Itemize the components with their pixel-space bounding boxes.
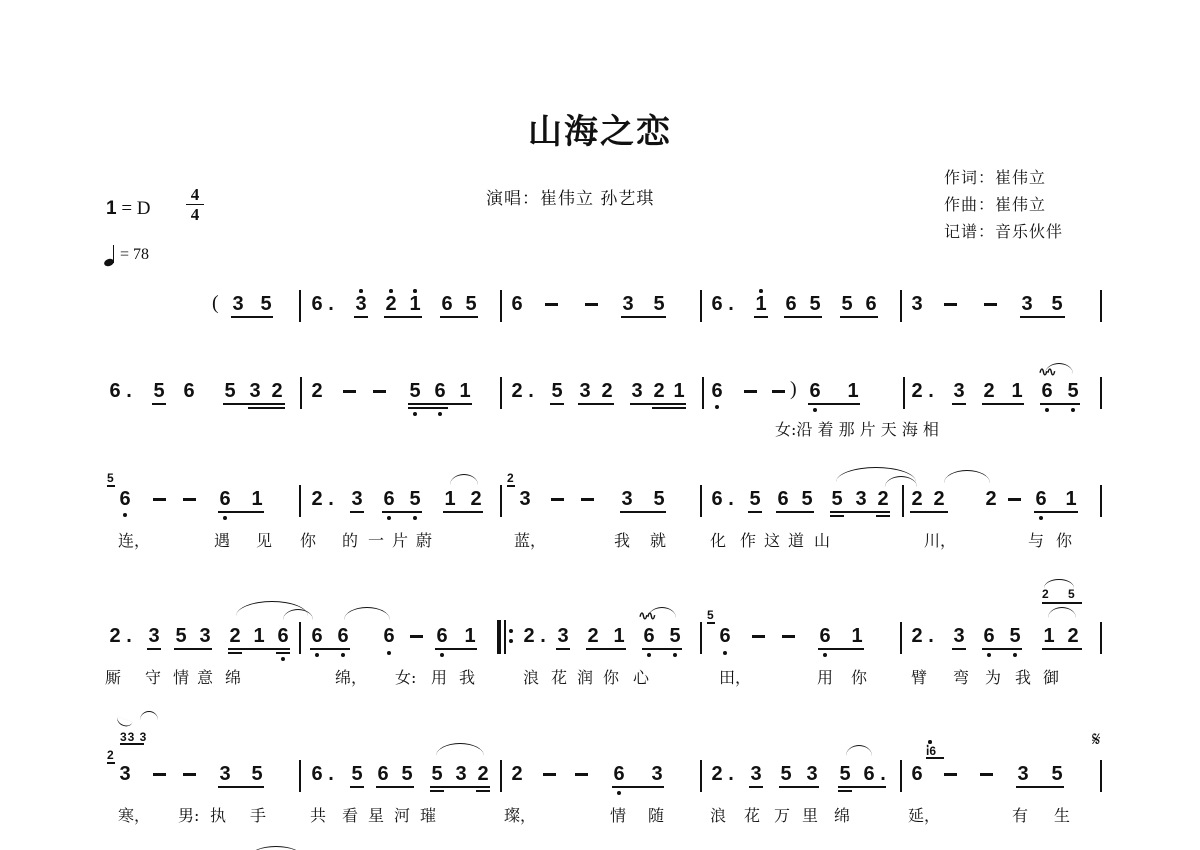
- slur: [450, 474, 478, 485]
- low-dot: [647, 653, 651, 657]
- underline: [838, 786, 886, 788]
- underline: [707, 622, 715, 624]
- low-dot: [341, 653, 345, 657]
- note: 2: [469, 489, 483, 509]
- lyrics-line-2: 女:沿 着 那 片 天 海 相: [775, 417, 939, 440]
- underline: [830, 511, 890, 513]
- low-dot: [987, 653, 991, 657]
- open-paren: (: [212, 292, 219, 315]
- note: 2: [910, 489, 924, 509]
- dash: [944, 303, 957, 306]
- note: 6: [435, 626, 449, 646]
- low-dot: [413, 412, 417, 416]
- note: 6: [182, 381, 196, 401]
- composer-credit: 作曲：崔伟立: [944, 191, 1063, 218]
- dash: [543, 773, 556, 776]
- note: 2: [984, 489, 998, 509]
- note: 5: [400, 764, 414, 784]
- dot: .: [524, 381, 538, 401]
- barline: [1100, 377, 1102, 409]
- note: 3: [805, 764, 819, 784]
- barline: [900, 622, 902, 654]
- note: 5: [259, 294, 273, 314]
- barline: [1100, 760, 1102, 792]
- lyric-word: 为: [985, 665, 1001, 688]
- dot: .: [924, 626, 938, 646]
- slur: [140, 711, 158, 720]
- lyric-word: 蔚: [416, 528, 432, 551]
- underline: [952, 648, 966, 650]
- low-dot: [281, 657, 285, 661]
- note: 6: [510, 294, 524, 314]
- dash: [153, 773, 166, 776]
- lyric-word: 寒，: [118, 803, 150, 826]
- note: 3: [749, 764, 763, 784]
- note: 6: [276, 626, 290, 646]
- slur: [283, 609, 313, 620]
- underline: [612, 786, 664, 788]
- underline: [147, 648, 161, 650]
- key-text: = D: [121, 198, 150, 219]
- underline: [408, 403, 472, 405]
- repeat-dot: [509, 639, 513, 643]
- note: 6: [376, 764, 390, 784]
- dash: [545, 303, 558, 306]
- barline: [700, 290, 702, 322]
- dot: .: [324, 764, 338, 784]
- note: 3: [454, 764, 468, 784]
- note: 5: [550, 381, 564, 401]
- note: 1: [612, 626, 626, 646]
- grace-note: 2: [507, 472, 514, 484]
- note: 3: [952, 381, 966, 401]
- note: 1: [754, 294, 768, 314]
- note: 1: [408, 294, 422, 314]
- underline-2: [430, 790, 444, 792]
- barline: [900, 760, 902, 792]
- low-dot: [438, 412, 442, 416]
- close-paren: ): [790, 378, 797, 401]
- lyric-word: 与: [1028, 528, 1044, 551]
- note: 1: [1064, 489, 1078, 509]
- dash: [980, 773, 993, 776]
- low-dot: [1013, 653, 1017, 657]
- underline: [1040, 403, 1080, 405]
- note: 6: [1040, 381, 1054, 401]
- note: 3: [910, 294, 924, 314]
- repeat-start-thin-bar: [504, 620, 506, 654]
- underline: [754, 316, 768, 318]
- lyric-word: 道: [788, 528, 804, 551]
- note: 5: [779, 764, 793, 784]
- note: 6: [808, 381, 822, 401]
- lyric-word: 见: [256, 528, 272, 551]
- underline: [926, 757, 944, 759]
- lyric-word: 延，: [908, 803, 940, 826]
- note: 3: [1016, 764, 1030, 784]
- low-dot: [440, 653, 444, 657]
- underline: [218, 511, 264, 513]
- underline: [748, 511, 762, 513]
- note: 6: [1034, 489, 1048, 509]
- note: 3: [118, 764, 132, 784]
- lyric-word: 连，: [118, 528, 150, 551]
- note: 6: [310, 764, 324, 784]
- note: 1: [672, 381, 686, 401]
- dot: .: [724, 489, 738, 509]
- note: 1: [250, 489, 264, 509]
- lyric-word: 化: [710, 528, 726, 551]
- lyric-word: 臂: [911, 665, 927, 688]
- dash: [581, 498, 594, 501]
- high-dot: [759, 289, 763, 293]
- note: 3: [218, 764, 232, 784]
- note: 5: [1008, 626, 1022, 646]
- low-dot: [387, 516, 391, 520]
- barline: [902, 485, 904, 517]
- dot: .: [724, 294, 738, 314]
- note: 5: [800, 489, 814, 509]
- slur: [1045, 363, 1073, 374]
- key-number: 1: [106, 198, 117, 219]
- barline: [299, 760, 301, 792]
- grace-notes: i̇6: [926, 745, 936, 757]
- note: 3: [231, 294, 245, 314]
- note: 3: [248, 381, 262, 401]
- note: 1: [463, 626, 477, 646]
- lyric-word: 的: [342, 528, 358, 551]
- note: 2: [600, 381, 614, 401]
- low-dot: [723, 651, 727, 655]
- note: 6: [710, 489, 724, 509]
- score-line-3: 5 6 6 1 2 . 3 6 5 1 2 2 3 3 5 6 . 5 6 5 …: [0, 484, 1200, 544]
- barline: [700, 485, 702, 517]
- note: 2: [510, 381, 524, 401]
- grace-note: 5: [107, 472, 114, 484]
- underline: [152, 403, 166, 405]
- repeat-dot: [509, 629, 513, 633]
- note: 6: [776, 489, 790, 509]
- low-dot: [387, 651, 391, 655]
- note: 1: [1010, 381, 1024, 401]
- barline: [900, 290, 902, 322]
- lyric-word: 作: [740, 528, 756, 551]
- lyric-word: 厮: [105, 665, 121, 688]
- note: 3: [354, 294, 368, 314]
- low-dot: [715, 405, 719, 409]
- underline: [384, 316, 422, 318]
- lyric-word: 手: [250, 803, 266, 826]
- score-line-5: 33 3 2 3 3 5 6 . 5 6 5 5 3 2 2 6 3 2 . 3…: [0, 759, 1200, 819]
- lyric-word: 用: [431, 665, 447, 688]
- high-dot: [928, 740, 932, 744]
- note: 3: [1020, 294, 1034, 314]
- barline: [500, 290, 502, 322]
- underline-2: [276, 652, 290, 654]
- transcriber-credit: 记谱：音乐伙伴: [944, 218, 1063, 245]
- dot: .: [324, 489, 338, 509]
- note: 6: [382, 489, 396, 509]
- underline: [223, 403, 285, 405]
- low-dot: [123, 513, 127, 517]
- high-dot: [413, 289, 417, 293]
- segno-icon: 𝄋: [1092, 727, 1101, 751]
- underline: [174, 648, 212, 650]
- underline: [350, 786, 364, 788]
- credits-block: 作词：崔伟立 作曲：崔伟立 记谱：音乐伙伴: [944, 164, 1063, 245]
- note: 3: [518, 489, 532, 509]
- dash: [183, 773, 196, 776]
- underline: [218, 786, 264, 788]
- note: 6: [440, 294, 454, 314]
- dash: [744, 390, 757, 393]
- lyric-word: 你: [300, 528, 316, 551]
- note: 2: [982, 381, 996, 401]
- note: 3: [578, 381, 592, 401]
- dash: [183, 498, 196, 501]
- note: 3: [952, 626, 966, 646]
- note: 6: [118, 489, 132, 509]
- low-dot: [413, 516, 417, 520]
- note: 3: [556, 626, 570, 646]
- note: 6: [710, 381, 724, 401]
- note: 5: [430, 764, 444, 784]
- note: 3: [621, 294, 635, 314]
- note: 2: [910, 626, 924, 646]
- slur: [436, 743, 484, 756]
- lyric-word: 遇: [214, 528, 230, 551]
- dot: .: [536, 626, 550, 646]
- lyric-word: 浪: [523, 665, 539, 688]
- note: 5: [1050, 294, 1064, 314]
- song-title: 山海之恋: [0, 104, 1200, 153]
- note: 5: [748, 489, 762, 509]
- lyric-word: 看: [342, 803, 358, 826]
- note: 5: [223, 381, 237, 401]
- note: 1: [850, 626, 864, 646]
- note: 5: [830, 489, 844, 509]
- note: 5: [408, 381, 422, 401]
- lyric-word: 情: [610, 803, 626, 826]
- barline: [700, 622, 702, 654]
- note: 2: [108, 626, 122, 646]
- underline: [228, 648, 290, 650]
- time-sig-top: 4: [186, 186, 204, 203]
- barline: [1100, 485, 1102, 517]
- note: 3: [147, 626, 161, 646]
- high-dot: [389, 289, 393, 293]
- barline: [500, 760, 502, 792]
- dash: [944, 773, 957, 776]
- lyric-word: 绵，: [335, 665, 367, 688]
- dash: [551, 498, 564, 501]
- dot: .: [122, 626, 136, 646]
- underline: [556, 648, 570, 650]
- lyric-word: 这: [764, 528, 780, 551]
- underline: [784, 316, 822, 318]
- note: 6: [864, 294, 878, 314]
- barline: [903, 377, 905, 409]
- note: 2: [522, 626, 536, 646]
- note: 2: [310, 381, 324, 401]
- underline: [910, 511, 948, 513]
- underline: [550, 403, 564, 405]
- note: 5: [350, 764, 364, 784]
- lyric-word: 心: [633, 665, 649, 688]
- dash: [772, 390, 785, 393]
- high-dot: [359, 289, 363, 293]
- lyric-word: 情: [173, 665, 189, 688]
- dash: [575, 773, 588, 776]
- note: 5: [464, 294, 478, 314]
- note: 6: [382, 626, 396, 646]
- note: 5: [1050, 764, 1064, 784]
- lyric-word: 我: [1015, 665, 1031, 688]
- underline: [982, 403, 1024, 405]
- dash: [1008, 498, 1021, 501]
- note: 1: [458, 381, 472, 401]
- low-dot: [1071, 408, 1075, 412]
- underline-2: [838, 790, 852, 792]
- underline-2: [830, 515, 844, 517]
- note: 5: [152, 381, 166, 401]
- note: 2: [476, 764, 490, 784]
- note: 5: [250, 764, 264, 784]
- underline: [107, 762, 115, 764]
- underline: [440, 316, 478, 318]
- note: 6: [862, 764, 876, 784]
- underline: [642, 648, 682, 650]
- lyric-word: 你: [603, 665, 619, 688]
- note: 1: [252, 626, 266, 646]
- quarter-note-icon: [104, 244, 116, 266]
- dot: .: [876, 764, 890, 784]
- barline: [300, 377, 302, 409]
- barline: [299, 290, 301, 322]
- note: 5: [668, 626, 682, 646]
- note: 2: [228, 626, 242, 646]
- lyric-word: 川，: [924, 528, 956, 551]
- underline: [1020, 316, 1065, 318]
- lyric-word: 用: [817, 665, 833, 688]
- barline: [1100, 290, 1102, 322]
- lyric-word: 共: [310, 803, 326, 826]
- underline: [952, 403, 966, 405]
- slur: [846, 745, 872, 756]
- slur-partial: [250, 846, 302, 850]
- dash: [752, 635, 765, 638]
- lyric-word: 万: [774, 803, 790, 826]
- underline-2: [228, 652, 242, 654]
- score-line-4: 2 . 3 5 3 2 1 6 6 6 6 6 1 2 . 3 2 1 ∿∿ 6…: [0, 621, 1200, 681]
- dash: [984, 303, 997, 306]
- underline: [382, 511, 422, 513]
- low-dot: [823, 653, 827, 657]
- low-dot: [813, 408, 817, 412]
- note: 1: [846, 381, 860, 401]
- lyric-word: 河: [394, 803, 410, 826]
- lyric-word: 绵: [225, 665, 241, 688]
- note: 5: [652, 294, 666, 314]
- note: 2: [876, 489, 890, 509]
- lyric-word: 男:: [178, 803, 199, 826]
- low-dot: [315, 653, 319, 657]
- lyric-word: 就: [650, 528, 666, 551]
- underline: [1042, 648, 1082, 650]
- note: 2: [932, 489, 946, 509]
- note: 5: [652, 489, 666, 509]
- low-dot: [1045, 408, 1049, 412]
- underline: [430, 786, 490, 788]
- low-dot: [1039, 516, 1043, 520]
- underline-2: [248, 407, 285, 409]
- note: 3: [630, 381, 644, 401]
- note: 3: [620, 489, 634, 509]
- key-signature: 1 = D: [106, 198, 151, 220]
- note: 2: [1066, 626, 1080, 646]
- note: 5: [174, 626, 188, 646]
- underline: [107, 485, 115, 487]
- lyric-word: 润: [577, 665, 593, 688]
- note: 6: [310, 626, 324, 646]
- tempo-marking: = 78: [104, 244, 149, 266]
- note: 5: [838, 764, 852, 784]
- underline: [982, 648, 1022, 650]
- slur: [1048, 607, 1076, 618]
- barline: [500, 377, 502, 409]
- score-line-2: 6 . 5 6 5 3 2 2 5 6 1 2 . 5 3 2 3 2 1 6 …: [0, 375, 1200, 435]
- underline: [776, 511, 814, 513]
- note: 3: [854, 489, 868, 509]
- dash: [585, 303, 598, 306]
- note: 6: [336, 626, 350, 646]
- note: 6: [433, 381, 447, 401]
- lyric-word: 片: [392, 528, 408, 551]
- lyric-word: 随: [648, 803, 664, 826]
- lyric-word: 蓝，: [514, 528, 546, 551]
- low-dot: [223, 516, 227, 520]
- note: 5: [808, 294, 822, 314]
- underline: [586, 648, 626, 650]
- underline: [1016, 786, 1064, 788]
- barline: [299, 622, 301, 654]
- dash: [373, 390, 386, 393]
- note: 6: [218, 489, 232, 509]
- underline: [808, 403, 860, 405]
- lyric-word: 弯: [953, 665, 969, 688]
- note: 6: [108, 381, 122, 401]
- lyric-word: 里: [802, 803, 818, 826]
- dot: .: [122, 381, 136, 401]
- underline: [749, 786, 763, 788]
- lyric-word: 你: [851, 665, 867, 688]
- lyric-word: 花: [551, 665, 567, 688]
- underline: [310, 648, 350, 650]
- lyric-word: 你: [1056, 528, 1072, 551]
- note: 2: [310, 489, 324, 509]
- note: 6: [710, 294, 724, 314]
- note: 1: [1042, 626, 1056, 646]
- note: 5: [840, 294, 854, 314]
- grace-note: 5: [707, 609, 714, 621]
- note: 6: [818, 626, 832, 646]
- underline: [376, 786, 414, 788]
- underline: [818, 648, 864, 650]
- lyric-word: 田，: [719, 665, 751, 688]
- underline: [1042, 602, 1082, 604]
- underline: [1034, 511, 1078, 513]
- underline: [435, 648, 477, 650]
